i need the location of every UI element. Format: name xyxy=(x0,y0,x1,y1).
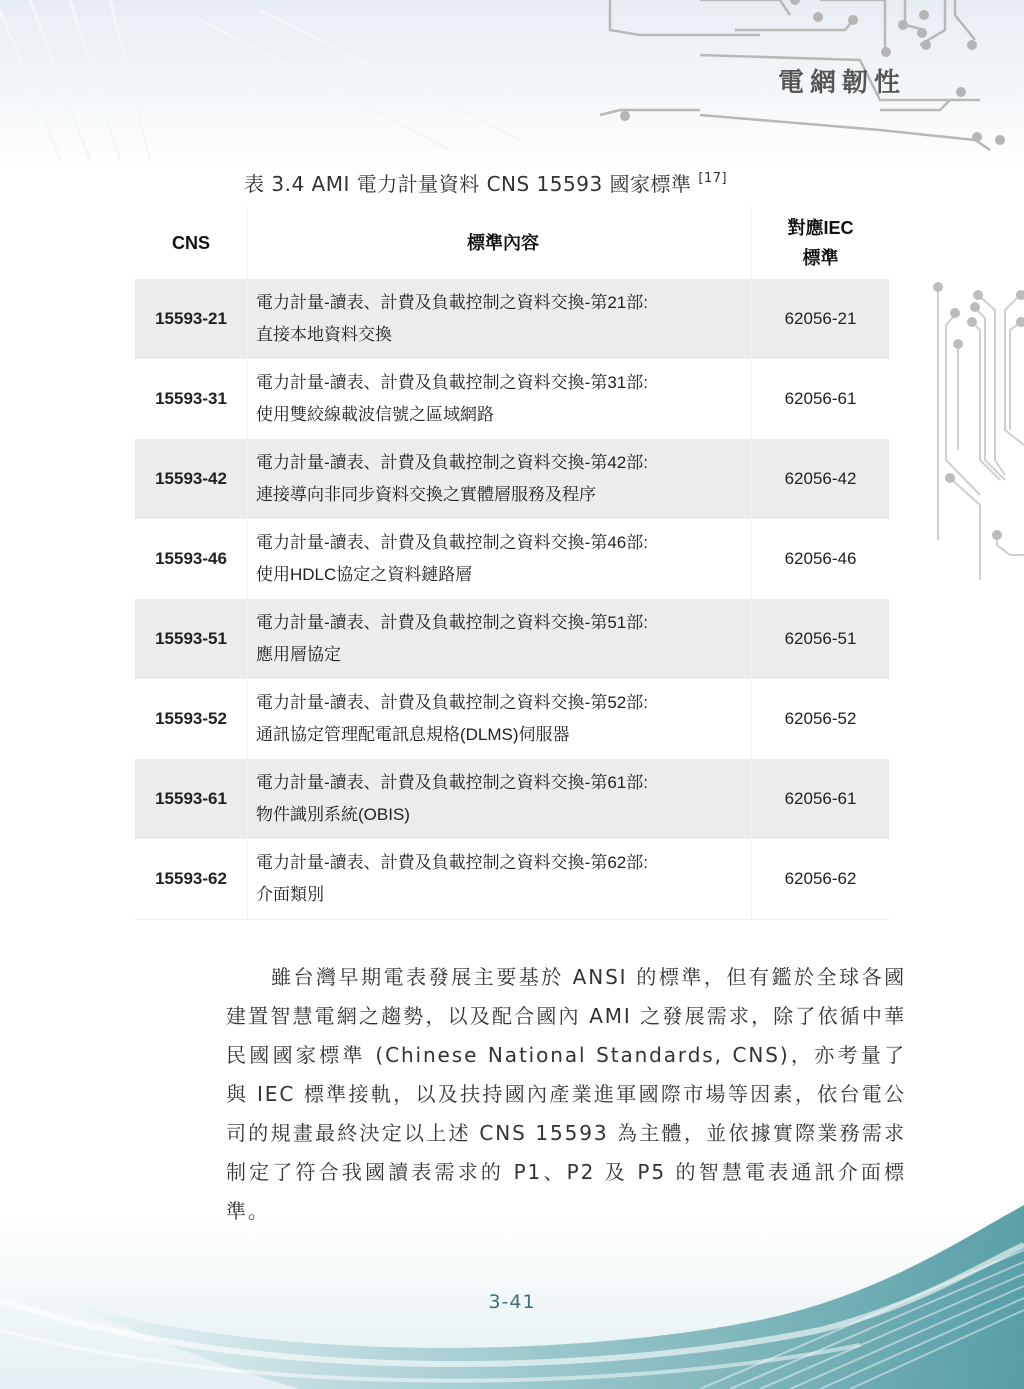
iec-number: 62056-62 xyxy=(752,839,890,920)
content-line2: 連接導向非同步資料交換之實體層服務及程序 xyxy=(256,479,750,511)
caption-reference: [17] xyxy=(698,171,727,186)
body-paragraph-block: 雖台灣早期電表發展主要基於 ANSI 的標準，但有鑑於全球各國建置智慧電網之趨勢… xyxy=(226,958,906,1231)
iec-number: 62056-21 xyxy=(752,279,890,359)
header-cns: CNS xyxy=(135,206,248,279)
header-iec-line2: 標準 xyxy=(753,243,888,273)
table-row: 15593-52 電力計量-讀表、計費及負載控制之資料交換-第52部:通訊協定管… xyxy=(135,679,889,759)
table-row: 15593-62 電力計量-讀表、計費及負載控制之資料交換-第62部:介面類別 … xyxy=(135,839,889,920)
iec-number: 62056-61 xyxy=(752,359,890,439)
page-number: 3-41 xyxy=(0,1291,1024,1313)
iec-number: 62056-61 xyxy=(752,759,890,839)
standard-content: 電力計量-讀表、計費及負載控制之資料交換-第42部:連接導向非同步資料交換之實體… xyxy=(248,439,752,519)
content-line2: 物件識別系統(OBIS) xyxy=(256,799,750,831)
cns-number: 15593-51 xyxy=(135,599,248,679)
table-row: 15593-51 電力計量-讀表、計費及負載控制之資料交換-第51部:應用層協定… xyxy=(135,599,889,679)
table-row: 15593-61 電力計量-讀表、計費及負載控制之資料交換-第61部:物件識別系… xyxy=(135,759,889,839)
header-iec: 對應IEC 標準 xyxy=(752,206,890,279)
standard-content: 電力計量-讀表、計費及負載控制之資料交換-第61部:物件識別系統(OBIS) xyxy=(248,759,752,839)
cns-number: 15593-61 xyxy=(135,759,248,839)
content-line1: 電力計量-讀表、計費及負載控制之資料交換-第61部: xyxy=(256,767,750,799)
iec-number: 62056-52 xyxy=(752,679,890,759)
standard-content: 電力計量-讀表、計費及負載控制之資料交換-第52部:通訊協定管理配電訊息規格(D… xyxy=(248,679,752,759)
iec-number: 62056-51 xyxy=(752,599,890,679)
table-caption: 表 3.4 AMI 電力計量資料 CNS 15593 國家標準 [17] xyxy=(244,168,727,197)
cns-number: 15593-42 xyxy=(135,439,248,519)
content-line2: 直接本地資料交換 xyxy=(256,319,750,351)
content-line1: 電力計量-讀表、計費及負載控制之資料交換-第62部: xyxy=(256,847,750,879)
table-row: 15593-42 電力計量-讀表、計費及負載控制之資料交換-第42部:連接導向非… xyxy=(135,439,889,519)
table-header-row: CNS 標準內容 對應IEC 標準 xyxy=(135,206,889,279)
content-line2: 介面類別 xyxy=(256,879,750,911)
content-line1: 電力計量-讀表、計費及負載控制之資料交換-第21部: xyxy=(256,287,750,319)
content-line2: 通訊協定管理配電訊息規格(DLMS)伺服器 xyxy=(256,719,750,751)
table-row: 15593-46 電力計量-讀表、計費及負載控制之資料交換-第46部:使用HDL… xyxy=(135,519,889,599)
content-line1: 電力計量-讀表、計費及負載控制之資料交換-第52部: xyxy=(256,687,750,719)
content-line2: 使用雙絞線載波信號之區域網路 xyxy=(256,399,750,431)
iec-number: 62056-42 xyxy=(752,439,890,519)
table-row: 15593-21 電力計量-讀表、計費及負載控制之資料交換-第21部:直接本地資… xyxy=(135,279,889,359)
content-line1: 電力計量-讀表、計費及負載控制之資料交換-第42部: xyxy=(256,447,750,479)
standard-content: 電力計量-讀表、計費及負載控制之資料交換-第21部:直接本地資料交換 xyxy=(248,279,752,359)
iec-number: 62056-46 xyxy=(752,519,890,599)
standard-content: 電力計量-讀表、計費及負載控制之資料交換-第51部:應用層協定 xyxy=(248,599,752,679)
header-iec-line1: 對應IEC xyxy=(753,213,888,243)
content-line1: 電力計量-讀表、計費及負載控制之資料交換-第31部: xyxy=(256,367,750,399)
cns-number: 15593-21 xyxy=(135,279,248,359)
standard-content: 電力計量-讀表、計費及負載控制之資料交換-第62部:介面類別 xyxy=(248,839,752,920)
running-title: 電網韌性 xyxy=(778,62,906,99)
cns-number: 15593-62 xyxy=(135,839,248,920)
cns-number: 15593-31 xyxy=(135,359,248,439)
body-paragraph: 雖台灣早期電表發展主要基於 ANSI 的標準，但有鑑於全球各國建置智慧電網之趨勢… xyxy=(226,958,906,1231)
content-line1: 電力計量-讀表、計費及負載控制之資料交換-第51部: xyxy=(256,607,750,639)
cns-standards-table: CNS 標準內容 對應IEC 標準 15593-21 電力計量-讀表、計費及負載… xyxy=(135,206,889,920)
caption-text: 表 3.4 AMI 電力計量資料 CNS 15593 國家標準 xyxy=(244,172,692,196)
cns-number: 15593-52 xyxy=(135,679,248,759)
content-line2: 使用HDLC協定之資料鏈路層 xyxy=(256,559,750,591)
content-line1: 電力計量-讀表、計費及負載控制之資料交換-第46部: xyxy=(256,527,750,559)
circuit-decoration-right xyxy=(938,287,1024,580)
content-line2: 應用層協定 xyxy=(256,639,750,671)
header-content: 標準內容 xyxy=(248,206,752,279)
cns-number: 15593-46 xyxy=(135,519,248,599)
standard-content: 電力計量-讀表、計費及負載控制之資料交換-第46部:使用HDLC協定之資料鏈路層 xyxy=(248,519,752,599)
table-row: 15593-31 電力計量-讀表、計費及負載控制之資料交換-第31部:使用雙絞線… xyxy=(135,359,889,439)
standard-content: 電力計量-讀表、計費及負載控制之資料交換-第31部:使用雙絞線載波信號之區域網路 xyxy=(248,359,752,439)
